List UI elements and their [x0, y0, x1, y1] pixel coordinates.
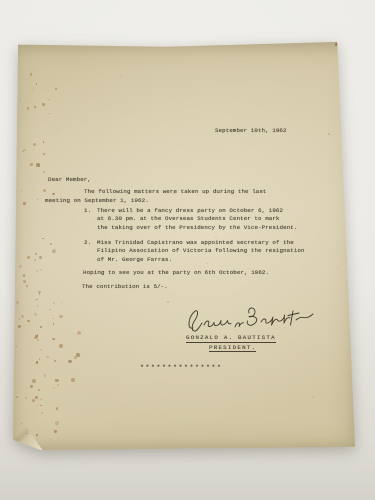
- letter-line: Miss Trinidad Capistrano was appointed s…: [97, 239, 294, 246]
- signatory-title: PRESIDENT.: [209, 344, 256, 353]
- letter-line: The following matters were taken up duri…: [84, 188, 267, 195]
- letter-line: at 6.30 pm. at the Overseas Students Cen…: [97, 215, 280, 222]
- letter-line: the taking over of the Presidency by the…: [97, 224, 297, 231]
- letter-line: of Mr. George Farras.: [97, 256, 172, 263]
- letter-line: There will be a fancy dress party on Oct…: [97, 207, 283, 214]
- list-item-number: 2.: [84, 239, 91, 246]
- letter-date: September 10th, 1962: [215, 127, 287, 134]
- letter-salutation: Dear Member,: [48, 176, 91, 183]
- photograph-background: September 10th, 1962 Dear Member, The fo…: [0, 0, 375, 500]
- handwritten-signature: [183, 303, 319, 337]
- letter-line: meeting on September 1, 1962.: [45, 197, 149, 204]
- letter-line: The contribution is 5/-.: [82, 283, 168, 290]
- footer-divider: ***************: [140, 364, 223, 371]
- list-item-number: 1.: [84, 207, 91, 214]
- typed-signatory-name: GONZALO A. BAUTISTA: [186, 334, 276, 343]
- letter-line: Filipino Association of Victoria followi…: [97, 247, 305, 254]
- letter-line: Hoping to see you at the party on 6th Oc…: [83, 269, 269, 276]
